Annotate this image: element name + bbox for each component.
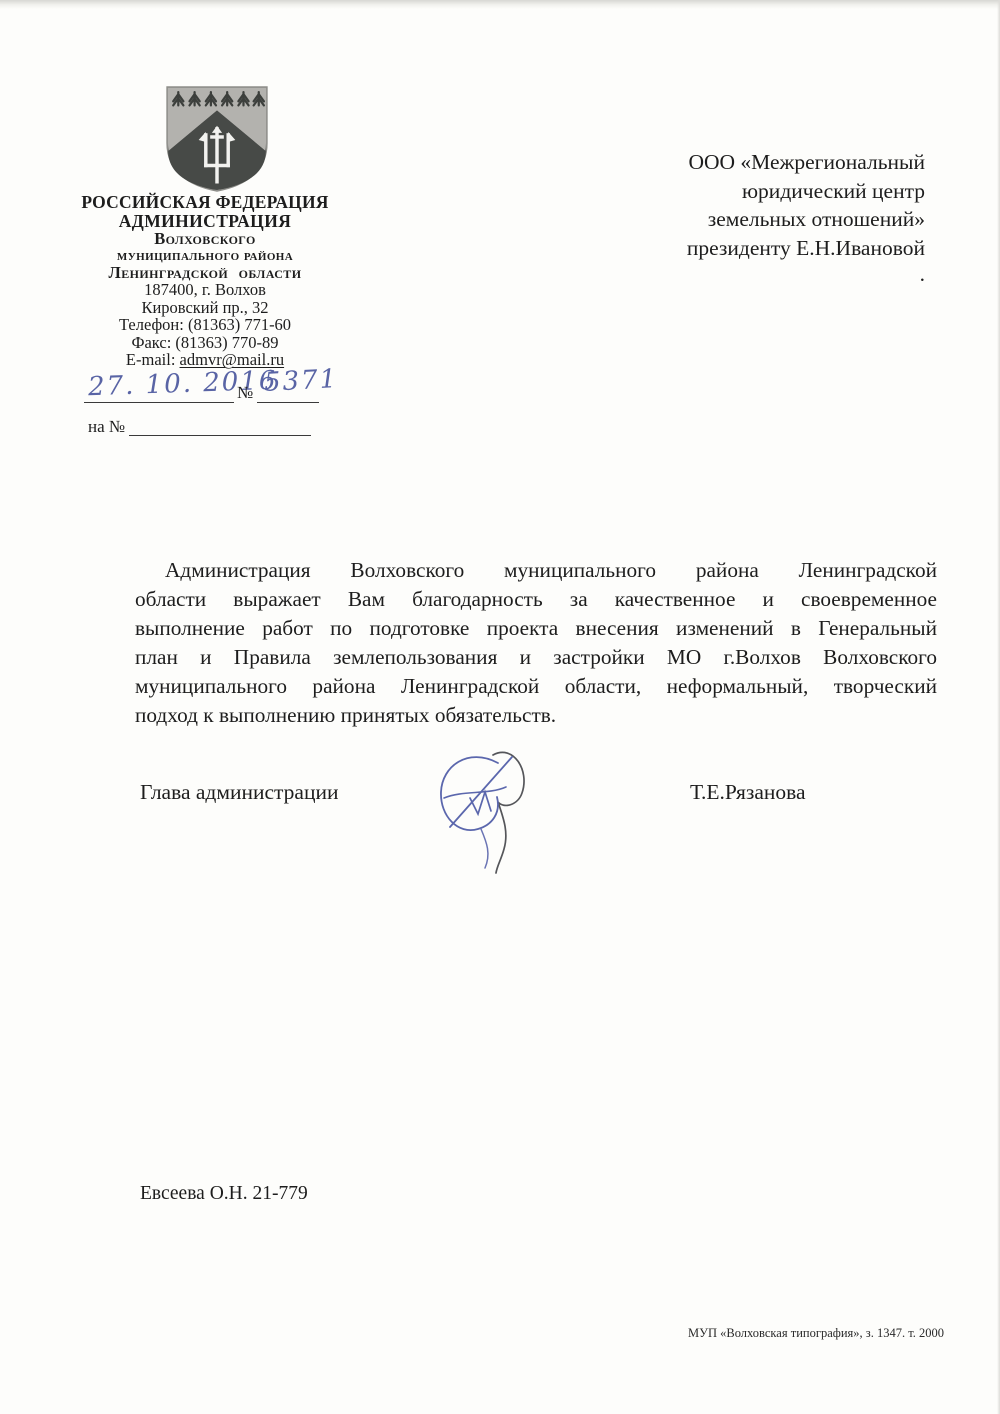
letterhead-organization: АДМИНИСТРАЦИЯ — [55, 212, 355, 231]
email-label: E-mail: — [126, 350, 180, 369]
date-underline — [84, 402, 234, 403]
recipient-block: ООО «Межрегиональный юридический центр з… — [635, 148, 925, 284]
body-line: план и Правила землепользования и застро… — [135, 643, 937, 672]
handwritten-outgoing-number: 5371 — [263, 364, 339, 398]
body-line: выполнение работ по подготовке проекта в… — [135, 614, 937, 643]
signatory-name: Т.Е.Рязанова — [690, 780, 806, 805]
letter-body: Администрация Волховского муниципального… — [135, 556, 937, 730]
body-line: муниципального района Ленинградской обла… — [135, 672, 937, 701]
body-line: области выражает Вам благодарность за ка… — [135, 585, 937, 614]
recipient-trailing-dot: . — [635, 264, 925, 284]
scanned-letter-page: РОССИЙСКАЯ ФЕДЕРАЦИЯ АДМИНИСТРАЦИЯ Волхо… — [0, 0, 1000, 1414]
recipient-line: президенту Е.Н.Ивановой — [635, 234, 925, 263]
body-line: Администрация Волховского муниципального… — [135, 556, 937, 585]
letterhead-country: РОССИЙСКАЯ ФЕДЕРАЦИЯ — [55, 193, 355, 212]
letterhead-region: Ленинградской области — [55, 264, 355, 281]
letterhead-street-address: Кировский пр., 32 — [55, 299, 355, 316]
recipient-line: земельных отношений» — [635, 205, 925, 234]
letterhead-postal-address: 187400, г. Волхов — [55, 281, 355, 298]
scan-edge-shadow-top — [0, 0, 1000, 9]
handwritten-signature — [428, 736, 552, 881]
letterhead-phone: Телефон: (81363) 771-60 — [55, 316, 355, 333]
reply-to-number-label: на № — [88, 417, 125, 437]
letterhead-fax: Факс: (81363) 770-89 — [55, 334, 355, 351]
body-line: подход к выполнению принятых обязательст… — [135, 701, 937, 730]
recipient-line: юридический центр — [635, 177, 925, 206]
letterhead-block: РОССИЙСКАЯ ФЕДЕРАЦИЯ АДМИНИСТРАЦИЯ Волхо… — [55, 193, 355, 369]
volkhov-coat-of-arms-icon — [164, 84, 270, 194]
letterhead-district-line2: муниципального района — [55, 248, 355, 264]
number-sign-label: № — [237, 383, 253, 403]
letterhead-district-line1: Волховского — [55, 230, 355, 247]
signatory-title: Глава администрации — [140, 780, 339, 805]
print-shop-footer: МУП «Волховская типография», з. 1347. т.… — [688, 1326, 944, 1341]
executor-contact: Евсеева О.Н. 21-779 — [140, 1183, 308, 1205]
reply-number-underline — [129, 435, 311, 436]
number-underline — [257, 402, 319, 403]
recipient-line: ООО «Межрегиональный — [635, 148, 925, 177]
